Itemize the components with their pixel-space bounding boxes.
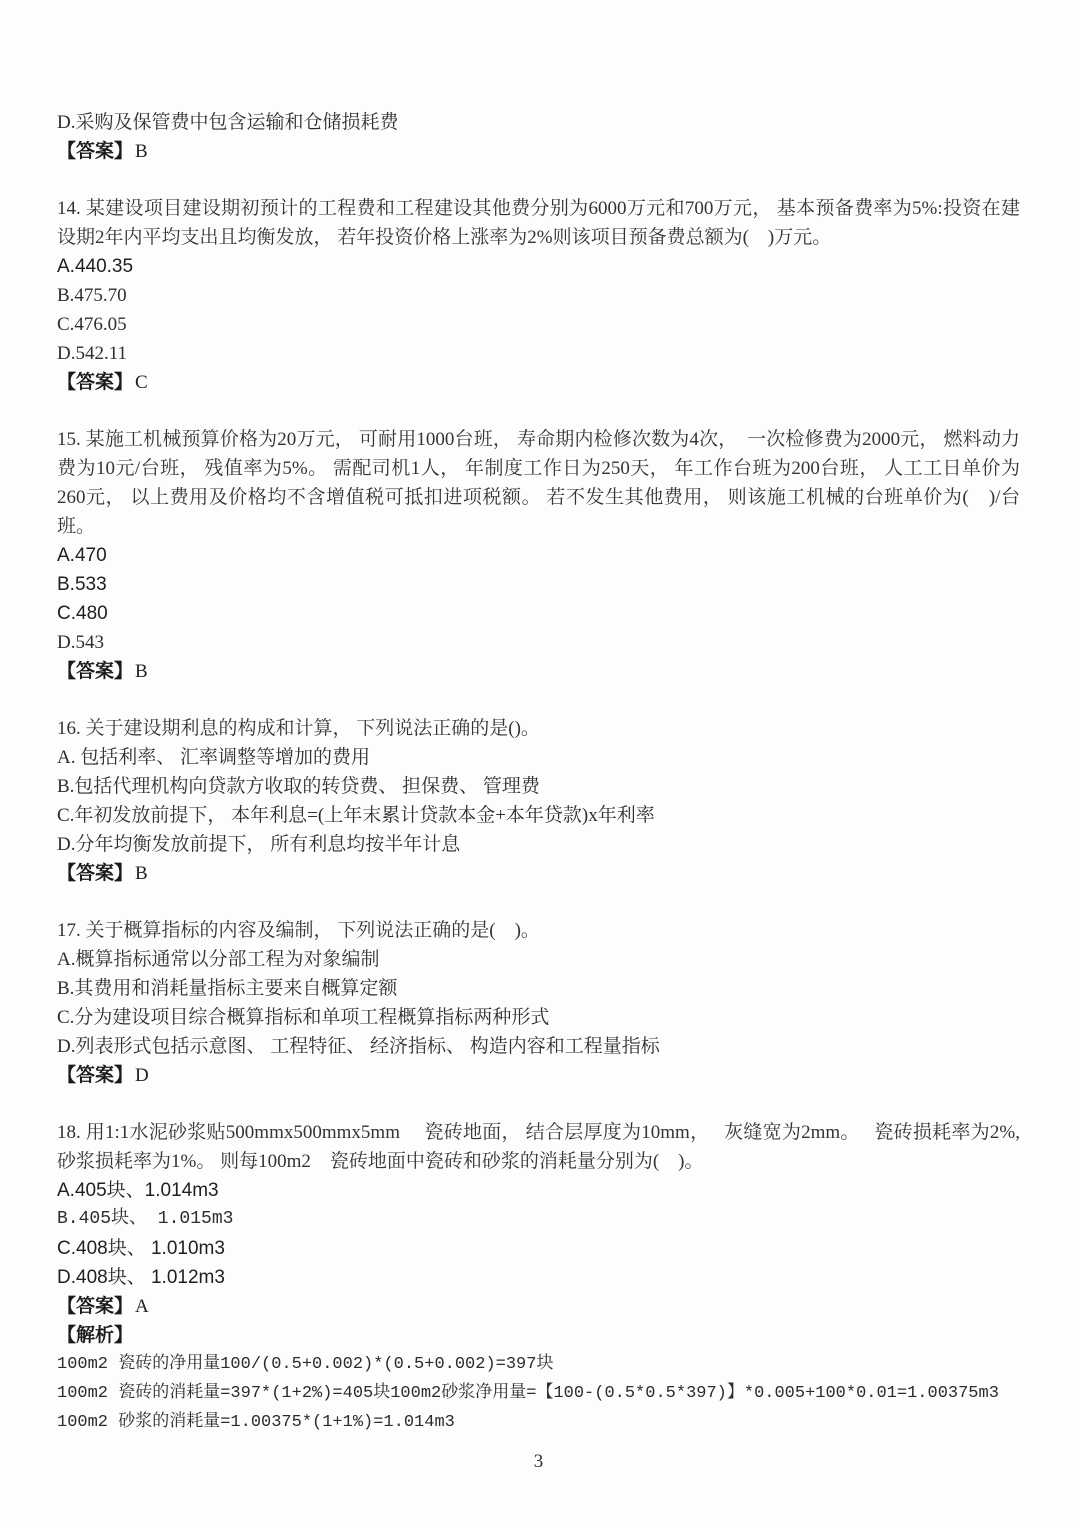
answer-value: B bbox=[133, 141, 148, 162]
answer-line: 【答案】B bbox=[57, 859, 1020, 888]
answer-line: 【答案】B bbox=[57, 657, 1020, 686]
option-a: A. 包括利率、 汇率调整等增加的费用 bbox=[57, 743, 1020, 772]
option-b: B.405块、 1.015m3 bbox=[57, 1205, 1020, 1234]
page-number: 3 bbox=[57, 1447, 1020, 1476]
option-c: C.年初发放前提下， 本年利息=(上年末累计贷款本金+本年贷款)x年利率 bbox=[57, 801, 1020, 830]
option-b: B.其费用和消耗量指标主要来自概算定额 bbox=[57, 974, 1020, 1003]
option-a: A.470 bbox=[57, 541, 1020, 570]
document-page: D.采购及保管费中包含运输和仓储损耗费 【答案】B 14. 某建设项目建设期初预… bbox=[0, 0, 1080, 1527]
answer-value: B bbox=[133, 661, 148, 682]
option-d: D.列表形式包括示意图、 工程特征、 经济指标、 构造内容和工程量指标 bbox=[57, 1032, 1020, 1061]
option-d: D.分年均衡发放前提下， 所有利息均按半年计息 bbox=[57, 830, 1020, 859]
answer-label: 【答案】 bbox=[57, 863, 133, 884]
question-15: 15. 某施工机械预算价格为20万元， 可耐用1000台班， 寿命期内检修次数为… bbox=[57, 425, 1020, 686]
answer-label: 【答案】 bbox=[57, 1296, 133, 1317]
answer-line: 【答案】D bbox=[57, 1061, 1020, 1090]
answer-line: 【答案】B bbox=[57, 137, 1020, 166]
analysis-heading: 【解析】 bbox=[57, 1321, 1020, 1350]
option-a: A.概算指标通常以分部工程为对象编制 bbox=[57, 945, 1020, 974]
option-b: B.475.70 bbox=[57, 281, 1020, 310]
option-d: D.408块、 1.012m3 bbox=[57, 1263, 1020, 1292]
answer-line: 【答案】A bbox=[57, 1292, 1020, 1321]
answer-label: 【答案】 bbox=[57, 372, 133, 393]
option-c: C.480 bbox=[57, 599, 1020, 628]
question-stem: 17. 关于概算指标的内容及编制， 下列说法正确的是( )。 bbox=[57, 916, 1020, 945]
answer-value: A bbox=[133, 1296, 149, 1317]
answer-label: 【答案】 bbox=[57, 661, 133, 682]
analysis-label: 【解析】 bbox=[57, 1325, 133, 1346]
answer-value: D bbox=[133, 1065, 149, 1086]
option-a: A.440.35 bbox=[57, 252, 1020, 281]
question-17: 17. 关于概算指标的内容及编制， 下列说法正确的是( )。 A.概算指标通常以… bbox=[57, 916, 1020, 1090]
question-14: 14. 某建设项目建设期初预计的工程费和工程建设其他费分别为6000万元和700… bbox=[57, 194, 1020, 397]
option-b: B.533 bbox=[57, 570, 1020, 599]
analysis-line-1: 100m2 瓷砖的净用量100/(0.5+0.002)*(0.5+0.002)=… bbox=[57, 1350, 1020, 1379]
question-stem: 16. 关于建设期利息的构成和计算， 下列说法正确的是()。 bbox=[57, 714, 1020, 743]
answer-value: B bbox=[133, 863, 148, 884]
question-stem: 15. 某施工机械预算价格为20万元， 可耐用1000台班， 寿命期内检修次数为… bbox=[57, 425, 1020, 541]
option-d: D.542.11 bbox=[57, 339, 1020, 368]
question-stem: 18. 用1:1水泥砂浆贴500mmx500mmx5mm 瓷砖地面， 结合层厚度… bbox=[57, 1118, 1020, 1176]
analysis-line-3: 100m2 砂浆的消耗量=1.00375*(1+1%)=1.014m3 bbox=[57, 1408, 1020, 1437]
analysis-line-2: 100m2 瓷砖的消耗量=397*(1+2%)=405块100m2砂浆净用量=【… bbox=[57, 1379, 1020, 1408]
question-stem: 14. 某建设项目建设期初预计的工程费和工程建设其他费分别为6000万元和700… bbox=[57, 194, 1020, 252]
option-c: C.476.05 bbox=[57, 310, 1020, 339]
answer-line: 【答案】C bbox=[57, 368, 1020, 397]
answer-value: C bbox=[133, 372, 148, 393]
option-c: C.分为建设项目综合概算指标和单项工程概算指标两种形式 bbox=[57, 1003, 1020, 1032]
answer-label: 【答案】 bbox=[57, 141, 133, 162]
option-b: B.包括代理机构向贷款方收取的转贷费、 担保费、 管理费 bbox=[57, 772, 1020, 801]
option-c: C.408块、 1.010m3 bbox=[57, 1234, 1020, 1263]
question-16: 16. 关于建设期利息的构成和计算， 下列说法正确的是()。 A. 包括利率、 … bbox=[57, 714, 1020, 888]
answer-label: 【答案】 bbox=[57, 1065, 133, 1086]
option-a: A.405块、1.014m3 bbox=[57, 1176, 1020, 1205]
option-d: D.543 bbox=[57, 628, 1020, 657]
option-d: D.采购及保管费中包含运输和仓储损耗费 bbox=[57, 108, 1020, 137]
question-13-carryover: D.采购及保管费中包含运输和仓储损耗费 【答案】B bbox=[57, 108, 1020, 166]
question-18: 18. 用1:1水泥砂浆贴500mmx500mmx5mm 瓷砖地面， 结合层厚度… bbox=[57, 1118, 1020, 1437]
